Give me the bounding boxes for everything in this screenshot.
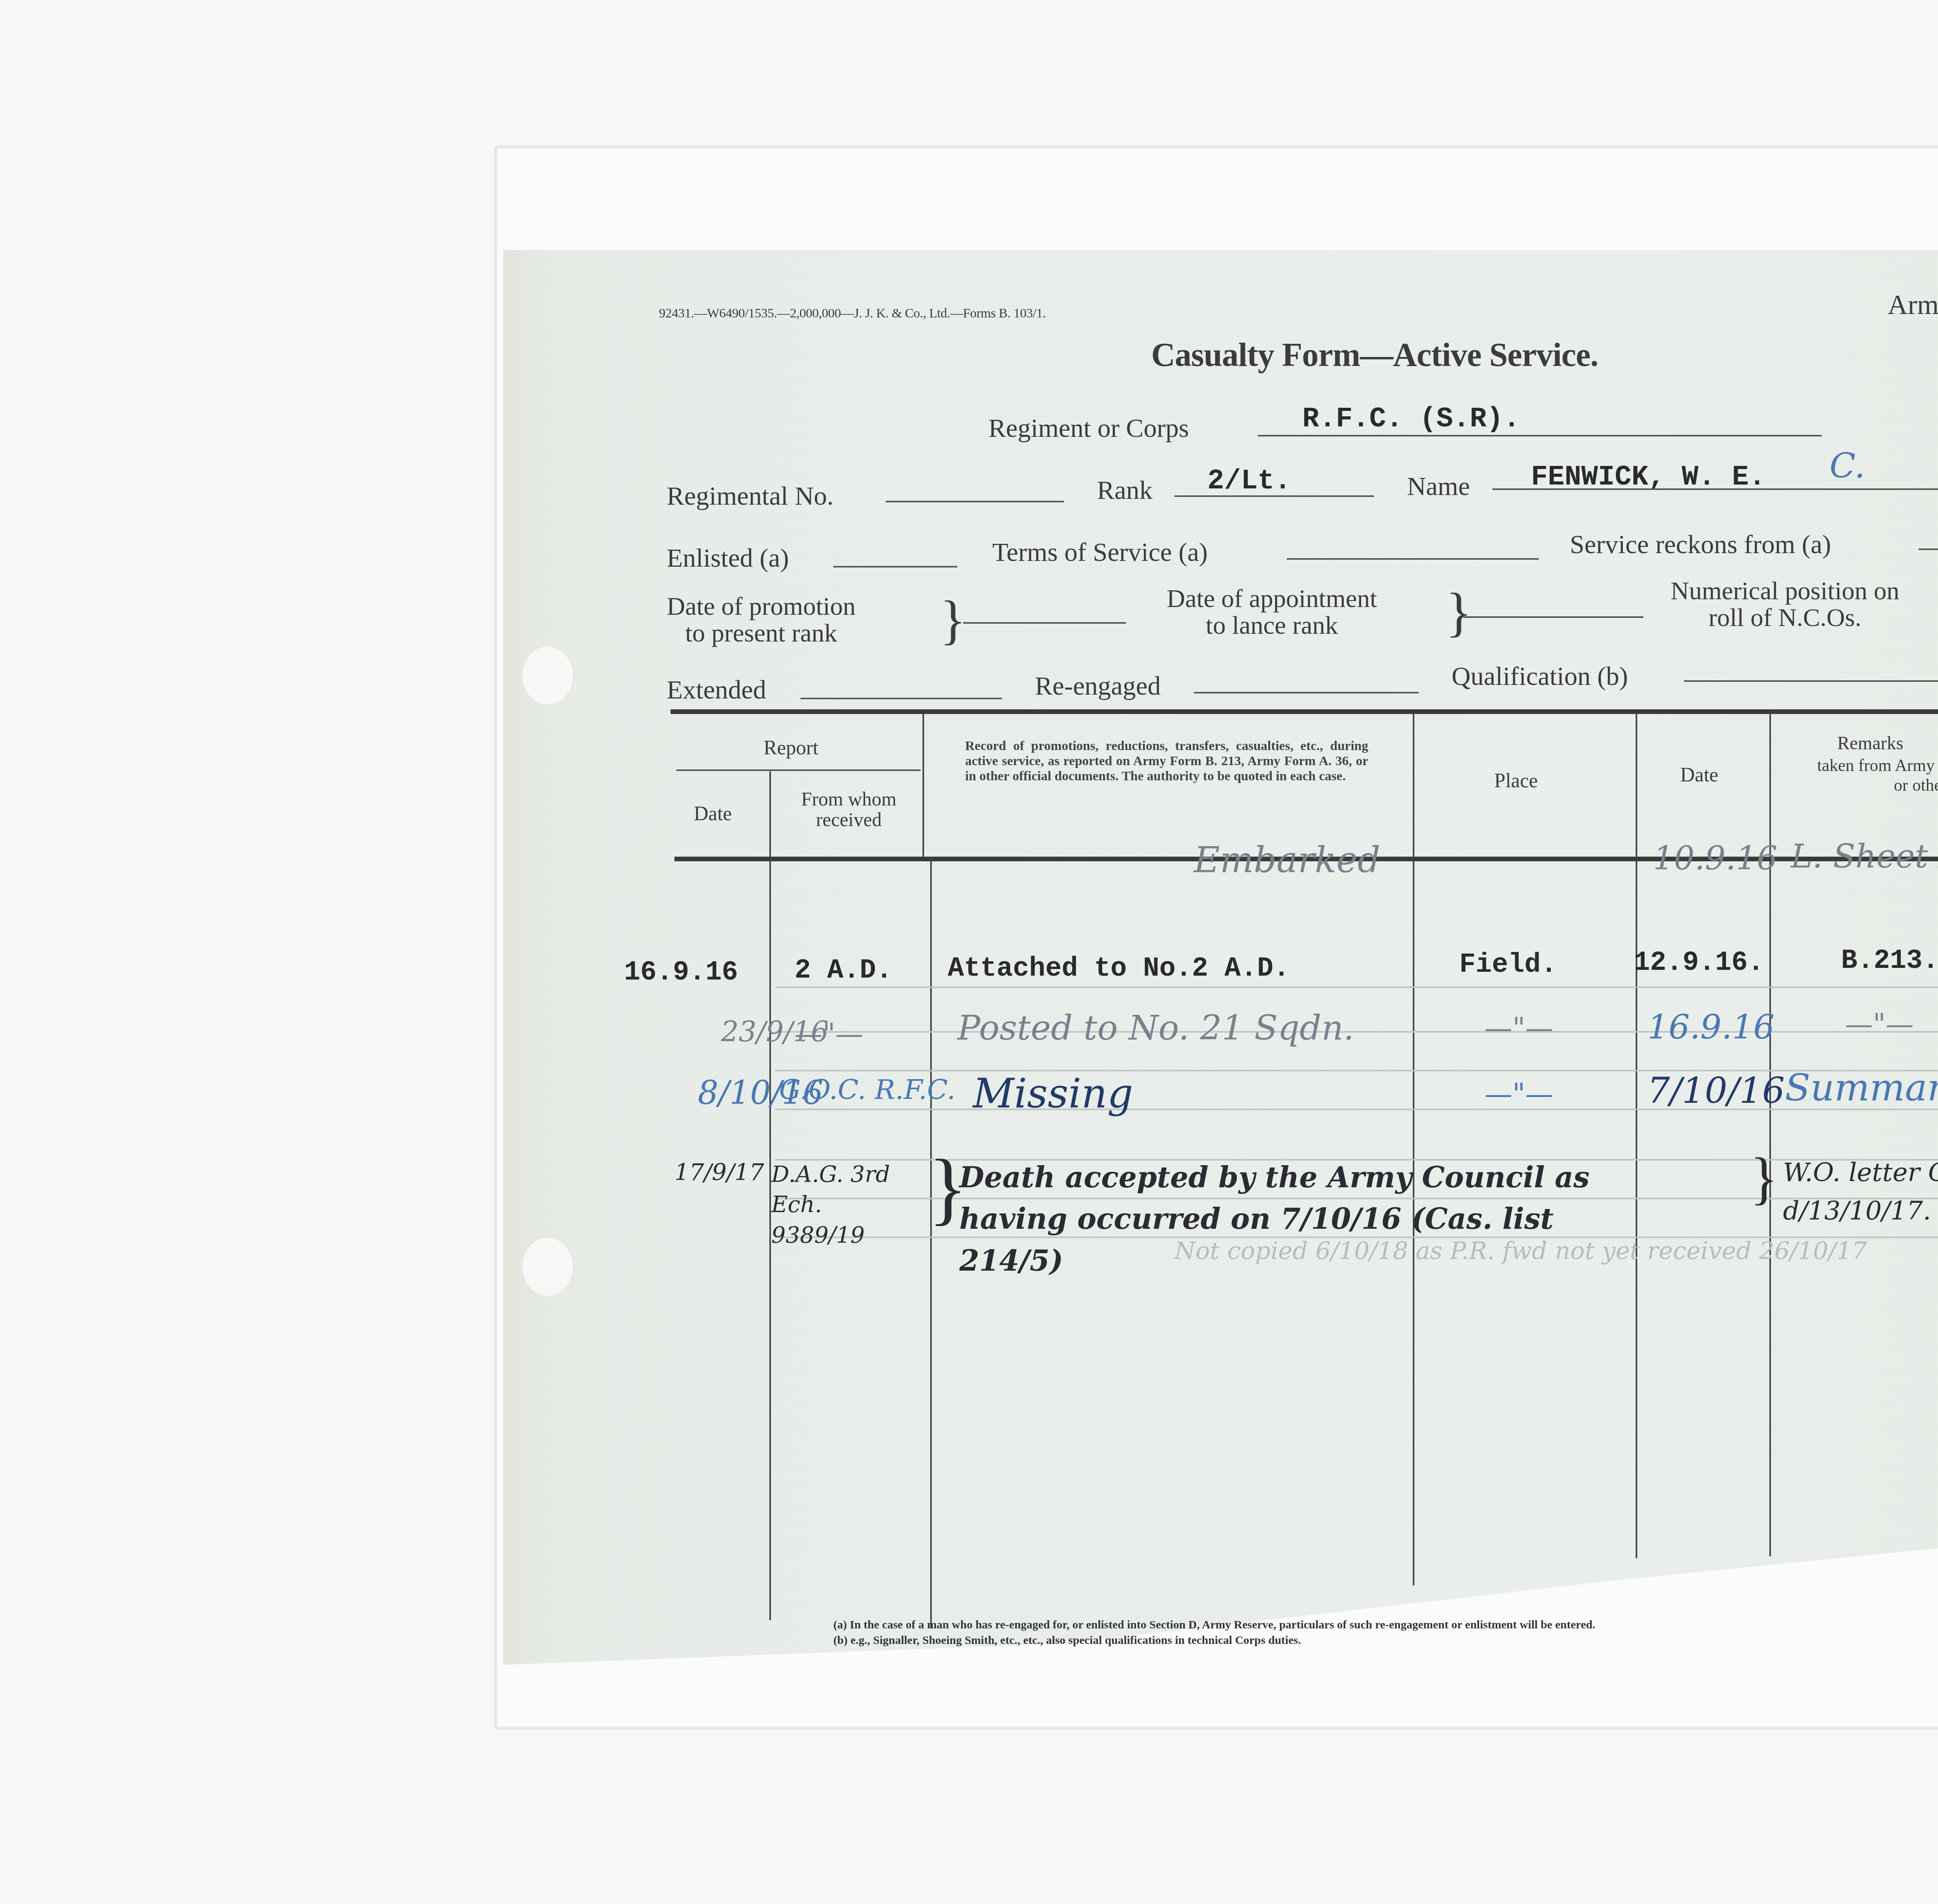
reengaged-label: Re-engaged [1035, 671, 1161, 701]
row3-date: 7/10/16 [1647, 1070, 1785, 1111]
brace: } [1750, 1149, 1778, 1207]
column-divider [922, 713, 924, 861]
row1-from-whom: 2 A.D. [795, 955, 892, 986]
row-guide [775, 986, 1938, 988]
enlisted-label: Enlisted (a) [667, 543, 789, 573]
footnote-b: (b) e.g., Signaller, Shoeing Smith, etc.… [833, 1634, 1301, 1647]
numerical-label-line1: Numerical position on [1671, 578, 1899, 604]
date-header: Date [1680, 764, 1718, 786]
footnote-a: (a) In the case of a man who has re-enga… [833, 1618, 1595, 1632]
qualification-field [1684, 680, 1938, 682]
form-number: Army Form B. 103. [1888, 289, 1938, 321]
row2-date: 16.9.16 [1647, 1008, 1774, 1047]
rank-label: Rank [1097, 475, 1153, 505]
appointment-label-line1: Date of appointment [1167, 585, 1377, 612]
reengaged-field [1194, 692, 1419, 693]
place-header: Place [1494, 769, 1538, 792]
extended-label: Extended [667, 674, 766, 705]
pencil-note: Not copied 6/10/18 as P.R. fwd not yet r… [1174, 1237, 1867, 1265]
from-whom-line1: From whom [783, 789, 915, 809]
appointment-date-label: Date of appointment to lance rank [1167, 585, 1377, 639]
row0-date: 10.9.16 [1653, 839, 1778, 877]
name-underline [1492, 488, 1938, 490]
row1-record: Attached to No.2 A.D. [948, 954, 1290, 984]
promotion-date-label: Date of promotion to present rank [667, 593, 856, 647]
row3-record: Missing [973, 1070, 1133, 1117]
column-divider [930, 857, 932, 1628]
enlisted-field [833, 566, 957, 567]
form-title: Casualty Form—Active Service. [1151, 335, 1598, 374]
regimental-no-label: Regimental No. [667, 481, 834, 511]
row4-report-date: 17/9/17 [674, 1159, 767, 1186]
row3-remarks: Summary No 767. [1785, 1066, 1938, 1109]
numerical-label-line2: roll of N.C.Os. [1671, 604, 1899, 631]
column-divider [1769, 711, 1771, 1556]
promotion-label-line2: to present rank [667, 620, 856, 647]
column-divider [769, 771, 771, 1620]
row0-record: Embarked [1194, 839, 1380, 881]
row1-report-date: 16.9.16 [624, 957, 738, 988]
table-top-rule [671, 709, 1938, 714]
regiment-label: Regiment or Corps [988, 413, 1189, 443]
row3-from-whom: G.O.C. R.F.C. [779, 1074, 955, 1105]
remarks-subheader: taken from Army Form B. 213, Army Form A… [1814, 756, 1938, 795]
terms-of-service-label: Terms of Service (a) [992, 537, 1208, 567]
row1-remarks: B.213. [1841, 946, 1938, 976]
row2-from-whom: —"— [795, 1018, 863, 1050]
name-label: Name [1407, 471, 1470, 502]
numerical-position-label: Numerical position on roll of N.C.Os. [1671, 578, 1899, 631]
from-whom-header: From whom received [783, 789, 915, 830]
brace: } [1446, 585, 1472, 640]
row1-date: 12.9.16. [1634, 948, 1764, 978]
promotion-date-field [963, 622, 1126, 624]
service-reckons-label: Service reckons from (a) [1570, 529, 1831, 560]
appointment-label-line2: to lance rank [1167, 612, 1377, 639]
brace: } [940, 593, 966, 647]
extended-field [800, 698, 1002, 699]
report-subheader-rule [676, 769, 921, 771]
regiment-value: R.F.C. (S.R). [1302, 403, 1520, 435]
row0-remarks: L. Sheet No 2192. [1791, 837, 1938, 875]
punch-hole [521, 645, 574, 706]
punch-hole [521, 1237, 574, 1297]
row2-place: —"— [1485, 1012, 1553, 1044]
record-header: Record of promotions, reductions, transf… [965, 738, 1368, 784]
printer-imprint: 92431.—W6490/1535.—2,000,000—J. J. K. & … [659, 306, 1046, 321]
promotion-label-line1: Date of promotion [667, 593, 856, 620]
regiment-underline [1258, 435, 1822, 436]
row3-place: —"— [1485, 1078, 1553, 1110]
from-whom-line2: received [783, 809, 915, 830]
column-divider [1636, 713, 1637, 1558]
report-header: Report [764, 736, 819, 759]
row1-place: Field. [1459, 950, 1557, 980]
row2-remarks: —"— [1845, 1008, 1914, 1040]
qualification-label: Qualification (b) [1452, 661, 1628, 692]
terms-of-service-field [1287, 558, 1539, 560]
rank-value: 2/Lt. [1207, 465, 1291, 497]
regimental-no-field [886, 501, 1064, 502]
report-date-header: Date [694, 802, 732, 825]
remarks-header: Remarks [1837, 733, 1904, 754]
name-handwritten-annotation: C. [1829, 446, 1865, 486]
row4-remarks: W.O. letter C2 Cas. 135699/3 d/13/10/17. [1783, 1153, 1938, 1230]
service-reckons-field [1919, 548, 1938, 550]
appointment-date-field [1463, 616, 1643, 618]
rank-underline [1174, 495, 1374, 497]
row4-from-whom: D.A.G. 3rd Ech. 9389/19 [771, 1159, 919, 1250]
column-divider [1413, 713, 1414, 1585]
row2-record: Posted to No. 21 Sqdn. [957, 1008, 1354, 1048]
